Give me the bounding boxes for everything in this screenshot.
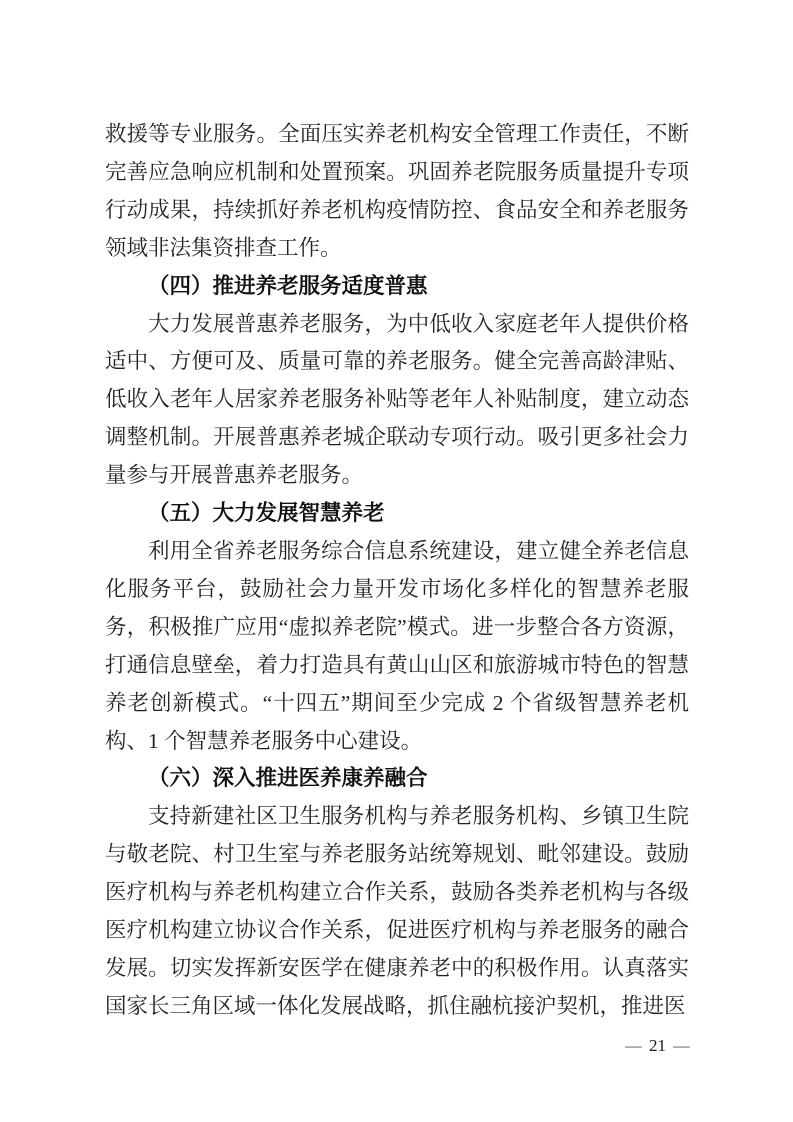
- document-page: 救援等专业服务。全面压实养老机构安全管理工作责任，不断完善应急响应机制和处置预案…: [0, 0, 793, 1122]
- section-heading-4: （四）推进养老服务适度普惠: [105, 268, 689, 306]
- section-heading-5: （五）大力发展智慧养老: [105, 495, 689, 533]
- paragraph-section-4: 大力发展普惠养老服务，为中低收入家庭老年人提供价格适中、方便可及、质量可靠的养老…: [105, 306, 689, 496]
- page-footer: —21—: [625, 1036, 690, 1056]
- footer-dash-right: —: [673, 1036, 690, 1055]
- paragraph-section-6: 支持新建社区卫生服务机构与养老服务机构、乡镇卫生院与敬老院、村卫生室与养老服务站…: [105, 798, 689, 1025]
- footer-dash-left: —: [625, 1036, 642, 1055]
- page-number: 21: [649, 1036, 666, 1055]
- section-heading-6: （六）深入推进医养康养融合: [105, 760, 689, 798]
- document-body: 救援等专业服务。全面压实养老机构安全管理工作责任，不断完善应急响应机制和处置预案…: [105, 116, 689, 1026]
- paragraph-section-5: 利用全省养老服务综合信息系统建设，建立健全养老信息化服务平台，鼓励社会力量开发市…: [105, 533, 689, 760]
- paragraph-continuation: 救援等专业服务。全面压实养老机构安全管理工作责任，不断完善应急响应机制和处置预案…: [105, 116, 689, 268]
